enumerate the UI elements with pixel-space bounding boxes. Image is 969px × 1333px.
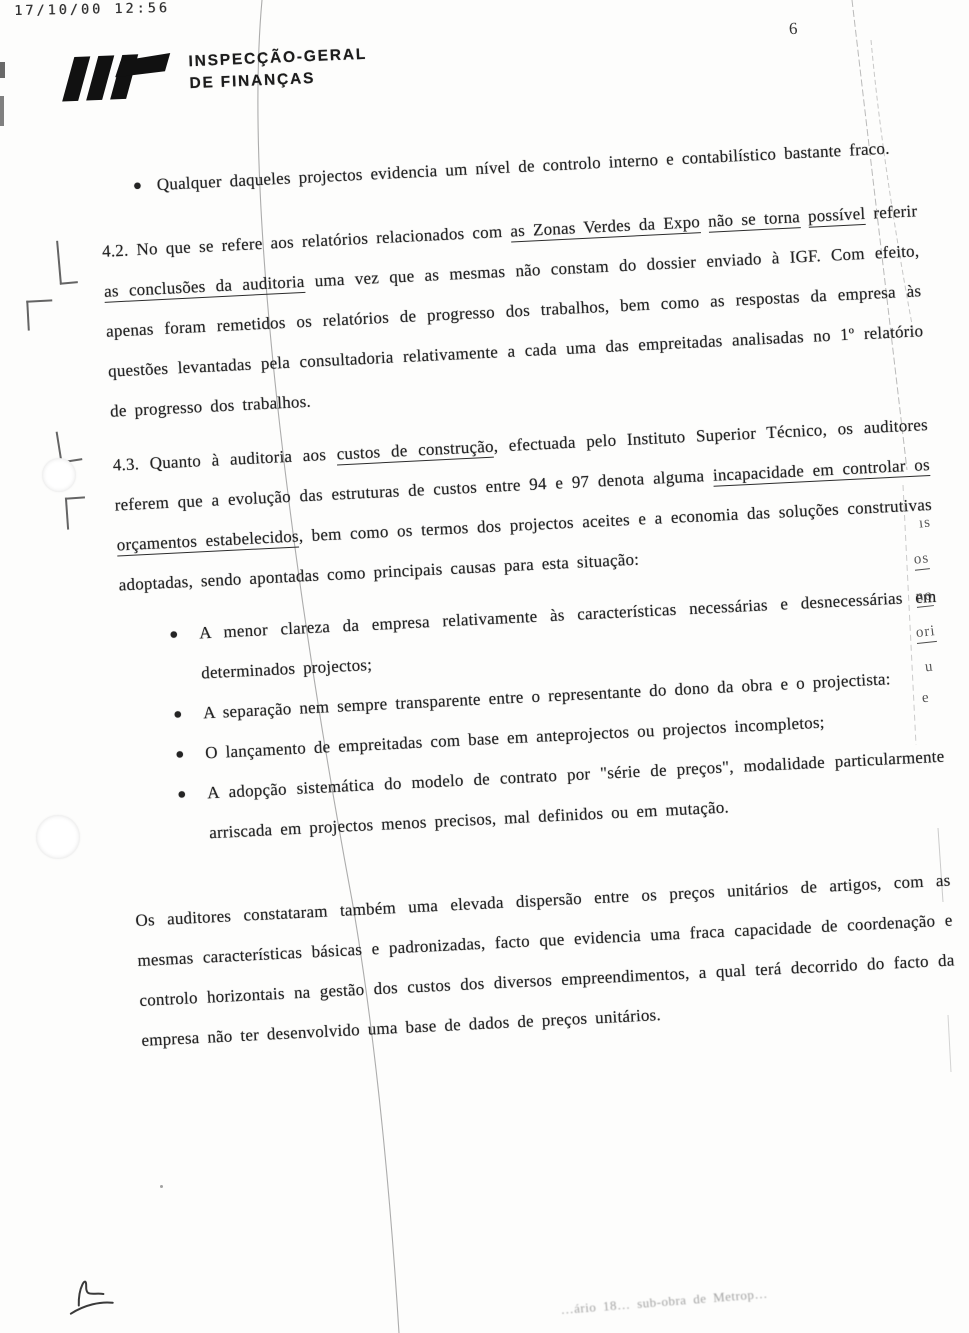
- underlined-text: não se torna: [708, 207, 801, 233]
- text-run: uma vez que as mesmas não constam do dos…: [106, 241, 924, 420]
- underlined-text: as conclusões da auditoria: [104, 272, 305, 303]
- underlined-text: as Zonas Verdes da Expo: [510, 212, 701, 242]
- margin-fragment-text: ıs: [918, 514, 932, 532]
- pencil-bracket-mark: [26, 299, 54, 330]
- closing-paragraph: Os auditores constataram também uma elev…: [134, 861, 957, 1061]
- text-run: 4.3. Quanto à auditoria aos: [112, 444, 337, 474]
- scan-edge-speck: [0, 96, 4, 126]
- scanned-document-page: 17/10/00 12:56 6 INSPECÇÃO-GERAL DE FINA…: [0, 0, 969, 1333]
- igf-logo-icon: [50, 45, 174, 108]
- margin-fragment-text: ori: [915, 623, 937, 644]
- bullet-icon: ●: [168, 615, 179, 655]
- org-name: INSPECÇÃO-GERAL DE FINANÇAS: [188, 37, 369, 95]
- bullet-icon: ●: [176, 774, 187, 814]
- scan-speck: [160, 1185, 163, 1188]
- paragraph-4-2: 4.2. No que se refere aos relatórios rel…: [101, 191, 926, 431]
- text-run: referir: [865, 201, 918, 223]
- underlined-text: custos de construção: [336, 437, 494, 466]
- right-margin-fragments: ısosnooriue: [905, 515, 967, 725]
- pencil-bracket-mark: [56, 239, 78, 284]
- intro-bullet-paragraph: ●Qualquer daqueles projectos evidencia u…: [98, 127, 915, 208]
- paragraph-4-3: 4.3. Quanto à auditoria aos custos de co…: [112, 405, 935, 605]
- bullet-icon: ●: [174, 734, 185, 774]
- footer-faint-text: …ário 18… sub-obra de Metrop…: [560, 1270, 969, 1318]
- scan-edge-speck: [0, 62, 5, 78]
- handwritten-initials: [60, 1263, 146, 1320]
- bullet-icon: ●: [172, 694, 183, 734]
- intro-bullet-text: Qualquer daqueles projectos evidencia um…: [156, 139, 890, 194]
- margin-fragment-text: no: [915, 587, 934, 608]
- hole-punch: [36, 815, 80, 859]
- margin-fragment-text: os: [913, 550, 930, 570]
- text-run: 4.2. No que se refere aos relatórios rel…: [102, 222, 511, 261]
- pencil-bracket-mark: [65, 496, 87, 529]
- causes-list: ●A menor clareza da empresa relativament…: [120, 577, 947, 861]
- margin-fragment-text: e: [921, 690, 930, 708]
- page-number: 6: [789, 19, 798, 39]
- fax-timestamp: 17/10/00 12:56: [14, 0, 170, 19]
- margin-fragment-text: u: [924, 659, 934, 677]
- document-body: ●Qualquer daqueles projectos evidencia u…: [98, 127, 957, 1060]
- underlined-text: possível: [808, 204, 866, 228]
- bullet-icon: ●: [132, 166, 143, 206]
- letterhead: INSPECÇÃO-GERAL DE FINANÇAS: [50, 37, 369, 108]
- hole-punch: [42, 458, 76, 492]
